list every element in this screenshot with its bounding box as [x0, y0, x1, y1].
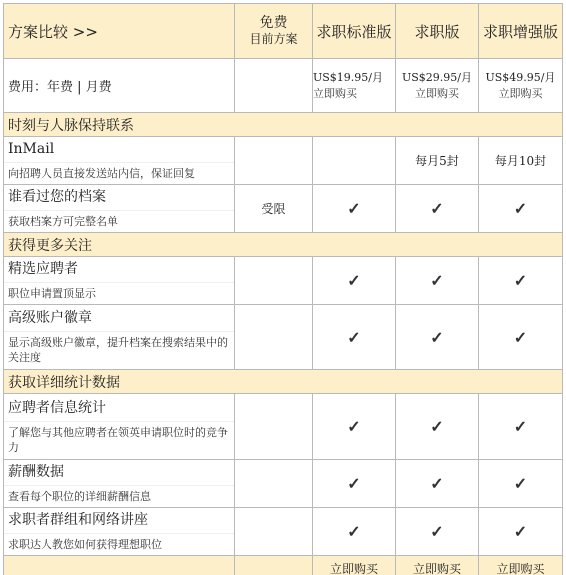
feature-name: 薪酬数据 [4, 460, 234, 486]
feature-desc: 查看每个职位的详细薪酬信息 [4, 486, 234, 507]
check-icon: ✓ [479, 394, 563, 460]
value-premium: 每月10封 [479, 137, 563, 185]
header-row: 方案比较 >> 免费 目前方案 求职标准版 求职版 求职增强版 [4, 4, 563, 59]
check-icon: ✓ [479, 305, 563, 370]
feature-desc: 获取档案方可完整名单 [4, 211, 234, 232]
price-free [235, 59, 313, 113]
check-icon: ✓ [479, 257, 563, 305]
check-icon: ✓ [396, 394, 479, 460]
value-free [235, 305, 313, 370]
feature-row-groups-webinars: 求职者群组和网络讲座 求职达人教您如何获得理想职位 ✓ ✓ ✓ [4, 508, 563, 556]
price-value: US$19.95/月 [313, 70, 395, 86]
feature-name: InMail [4, 137, 234, 163]
plan-name-free: 免费 [235, 15, 312, 32]
check-icon: ✓ [313, 394, 396, 460]
feature-cell: 应聘者信息统计 了解您与其他应聘者在领英申请职位时的竞争力 [4, 394, 235, 460]
feature-desc: 职位申请置顶显示 [4, 283, 234, 304]
feature-cell: 精选应聘者 职位申请置顶显示 [4, 257, 235, 305]
check-icon: ✓ [396, 508, 479, 556]
feature-cell: 求职者群组和网络讲座 求职达人教您如何获得理想职位 [4, 508, 235, 556]
buy-now-job-seeker-button[interactable]: 立即购买 [396, 556, 479, 575]
value-free [235, 137, 313, 185]
check-icon: ✓ [313, 305, 396, 370]
feature-cell: InMail 向招聘人员直接发送站内信，保证回复 [4, 137, 235, 185]
feature-cell: 高级账户徽章 显示高级账户徽章，提升档案在搜索结果中的关注度 [4, 305, 235, 370]
feature-row-inmail: InMail 向招聘人员直接发送站内信，保证回复 每月5封 每月10封 [4, 137, 563, 185]
comparison-title: 方案比较 >> [4, 4, 235, 59]
footer-row: 立即购买 立即购买 立即购买 [4, 556, 563, 575]
check-icon: ✓ [479, 508, 563, 556]
feature-row-salary-data: 薪酬数据 查看每个职位的详细薪酬信息 ✓ ✓ ✓ [4, 460, 563, 508]
plan-header-job-seeker: 求职版 [396, 4, 479, 59]
plan-comparison-table: 方案比较 >> 免费 目前方案 求职标准版 求职版 求职增强版 费用：年费 | … [3, 3, 563, 575]
check-icon: ✓ [313, 508, 396, 556]
feature-cell: 谁看过您的档案 获取档案方可完整名单 [4, 185, 235, 233]
feature-desc: 求职达人教您如何获得理想职位 [4, 534, 234, 555]
feature-name: 精选应聘者 [4, 257, 234, 283]
plan-header-premium: 求职增强版 [479, 4, 563, 59]
feature-row-featured-applicant: 精选应聘者 职位申请置顶显示 ✓ ✓ ✓ [4, 257, 563, 305]
feature-name: 应聘者信息统计 [4, 396, 234, 422]
check-icon: ✓ [313, 460, 396, 508]
check-icon: ✓ [396, 257, 479, 305]
price-value: US$49.95/月 [479, 70, 562, 86]
price-standard: US$19.95/月 立即购买 [313, 59, 396, 113]
buy-now-standard-button[interactable]: 立即购买 [313, 556, 396, 575]
value-free [235, 257, 313, 305]
pricing-row: 费用：年费 | 月费 US$19.95/月 立即购买 US$29.95/月 立即… [4, 59, 563, 113]
value-free [235, 508, 313, 556]
feature-cell: 薪酬数据 查看每个职位的详细薪酬信息 [4, 460, 235, 508]
value-standard [313, 137, 396, 185]
value-job-seeker: 每月5封 [396, 137, 479, 185]
feature-row-applicant-insights: 应聘者信息统计 了解您与其他应聘者在领英申请职位时的竞争力 ✓ ✓ ✓ [4, 394, 563, 460]
price-job-seeker: US$29.95/月 立即购买 [396, 59, 479, 113]
feature-name: 求职者群组和网络讲座 [4, 508, 234, 534]
footer-free [235, 556, 313, 575]
buy-now-job-seeker-link[interactable]: 立即购买 [396, 86, 478, 102]
current-plan-label: 目前方案 [235, 32, 312, 47]
value-free: 受限 [235, 185, 313, 233]
check-icon: ✓ [479, 185, 563, 233]
buy-now-premium-link[interactable]: 立即购买 [479, 86, 562, 102]
buy-now-standard-link[interactable]: 立即购买 [313, 86, 395, 102]
buy-now-premium-button[interactable]: 立即购买 [479, 556, 563, 575]
feature-row-premium-badge: 高级账户徽章 显示高级账户徽章，提升档案在搜索结果中的关注度 ✓ ✓ ✓ [4, 305, 563, 370]
check-icon: ✓ [313, 257, 396, 305]
plan-header-free: 免费 目前方案 [235, 4, 313, 59]
value-free [235, 460, 313, 508]
section-row: 获取详细统计数据 [4, 370, 563, 394]
feature-desc: 了解您与其他应聘者在领英申请职位时的竞争力 [4, 422, 234, 458]
feature-desc: 向招聘人员直接发送站内信，保证回复 [4, 163, 234, 184]
footer-empty [4, 556, 235, 575]
check-icon: ✓ [396, 460, 479, 508]
price-value: US$29.95/月 [396, 70, 478, 86]
section-row: 时刻与人脉保持联系 [4, 113, 563, 137]
price-premium: US$49.95/月 立即购买 [479, 59, 563, 113]
value-free [235, 394, 313, 460]
check-icon: ✓ [313, 185, 396, 233]
feature-name: 高级账户徽章 [4, 306, 234, 332]
feature-name: 谁看过您的档案 [4, 185, 234, 211]
plan-header-standard: 求职标准版 [313, 4, 396, 59]
check-icon: ✓ [396, 305, 479, 370]
feature-desc: 显示高级账户徽章，提升档案在搜索结果中的关注度 [4, 332, 234, 368]
check-icon: ✓ [396, 185, 479, 233]
section-title-detailed-stats: 获取详细统计数据 [4, 370, 563, 394]
pricing-label: 费用：年费 | 月费 [4, 59, 235, 113]
feature-row-who-viewed: 谁看过您的档案 获取档案方可完整名单 受限 ✓ ✓ ✓ [4, 185, 563, 233]
section-title-get-noticed: 获得更多关注 [4, 233, 563, 257]
section-row: 获得更多关注 [4, 233, 563, 257]
check-icon: ✓ [479, 460, 563, 508]
section-title-stay-connected: 时刻与人脉保持联系 [4, 113, 563, 137]
